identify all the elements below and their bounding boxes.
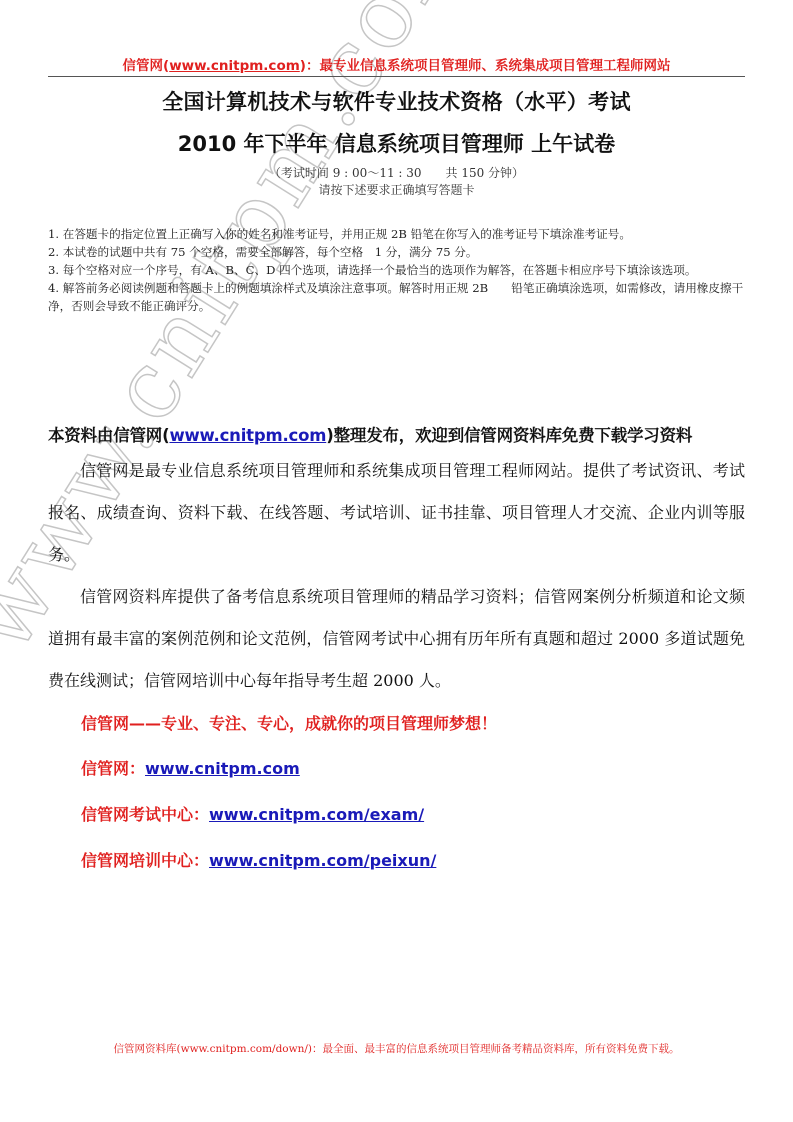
page-footer: 信管网资料库(www.cnitpm.com/down/)：最全面、最丰富的信息系… xyxy=(0,1041,793,1056)
instruction-item: 4. 解答前务必阅读例题和答题卡上的例题填涂样式及填涂注意事项。解答时用正规 2… xyxy=(48,279,745,315)
instructions-list: 1. 在答题卡的指定位置上正确写入你的姓名和准考证号，并用正规 2B 铅笔在你写… xyxy=(48,225,745,315)
promo-heading: 本资料由信管网(www.cnitpm.com)整理发布，欢迎到信管网资料库免费下… xyxy=(48,422,753,446)
training-center-link-line: 信管网培训中心：www.cnitpm.com/peixun/ xyxy=(81,848,436,871)
promo-paragraph-1: 信管网是最专业信息系统项目管理师和系统集成项目管理工程师网站。提供了考试资讯、考… xyxy=(48,450,745,576)
training-center-label: 信管网培训中心： xyxy=(81,851,209,870)
promo-heading-prefix: 本资料由信管网( xyxy=(48,426,169,445)
promo-heading-link[interactable]: www.cnitpm.com xyxy=(169,426,326,445)
promo-paragraph-2: 信管网资料库提供了备考信息系统项目管理师的精品学习资料；信管网案例分析频道和论文… xyxy=(48,576,745,702)
instruction-item: 3. 每个空格对应一个序号，有 A、B、C、D 四个选项，请选择一个最恰当的选项… xyxy=(48,261,745,279)
header-divider xyxy=(48,76,745,77)
header-suffix: )：最专业信息系统项目管理师、系统集成项目管理工程师网站 xyxy=(300,58,671,74)
exam-center-label: 信管网考试中心： xyxy=(81,805,209,824)
instructions-header: 请按下述要求正确填写答题卡 xyxy=(0,181,793,198)
exam-center-link[interactable]: www.cnitpm.com/exam/ xyxy=(209,805,424,824)
header-site-link[interactable]: www.cnitpm.com xyxy=(169,58,300,74)
promo-heading-suffix: )整理发布，欢迎到信管网资料库免费下载学习资料 xyxy=(326,426,692,445)
paper-title: 2010 年下半年 信息系统项目管理师 上午试卷 xyxy=(0,128,793,158)
instruction-item: 2. 本试卷的试题中共有 75 个空格，需要全部解答，每个空格 1 分，满分 7… xyxy=(48,243,745,261)
document-page: www.cnitpm.com信管网 信管网(www.cnitpm.com)：最专… xyxy=(0,0,793,1122)
site-link[interactable]: www.cnitpm.com xyxy=(145,759,300,778)
exam-title: 全国计算机技术与软件专业技术资格（水平）考试 xyxy=(0,86,793,116)
exam-center-link-line: 信管网考试中心：www.cnitpm.com/exam/ xyxy=(81,802,424,825)
header-prefix: 信管网( xyxy=(123,58,170,74)
site-link-line: 信管网：www.cnitpm.com xyxy=(81,756,300,779)
site-link-label: 信管网： xyxy=(81,759,145,778)
exam-time: （考试时间 9 : 00～11 : 30 共 150 分钟） xyxy=(0,164,793,181)
training-center-link[interactable]: www.cnitpm.com/peixun/ xyxy=(209,851,436,870)
instruction-item: 1. 在答题卡的指定位置上正确写入你的姓名和准考证号，并用正规 2B 铅笔在你写… xyxy=(48,225,745,243)
page-header: 信管网(www.cnitpm.com)：最专业信息系统项目管理师、系统集成项目管… xyxy=(48,56,745,76)
slogan: 信管网——专业、专注、专心，成就你的项目管理师梦想！ xyxy=(81,711,497,734)
